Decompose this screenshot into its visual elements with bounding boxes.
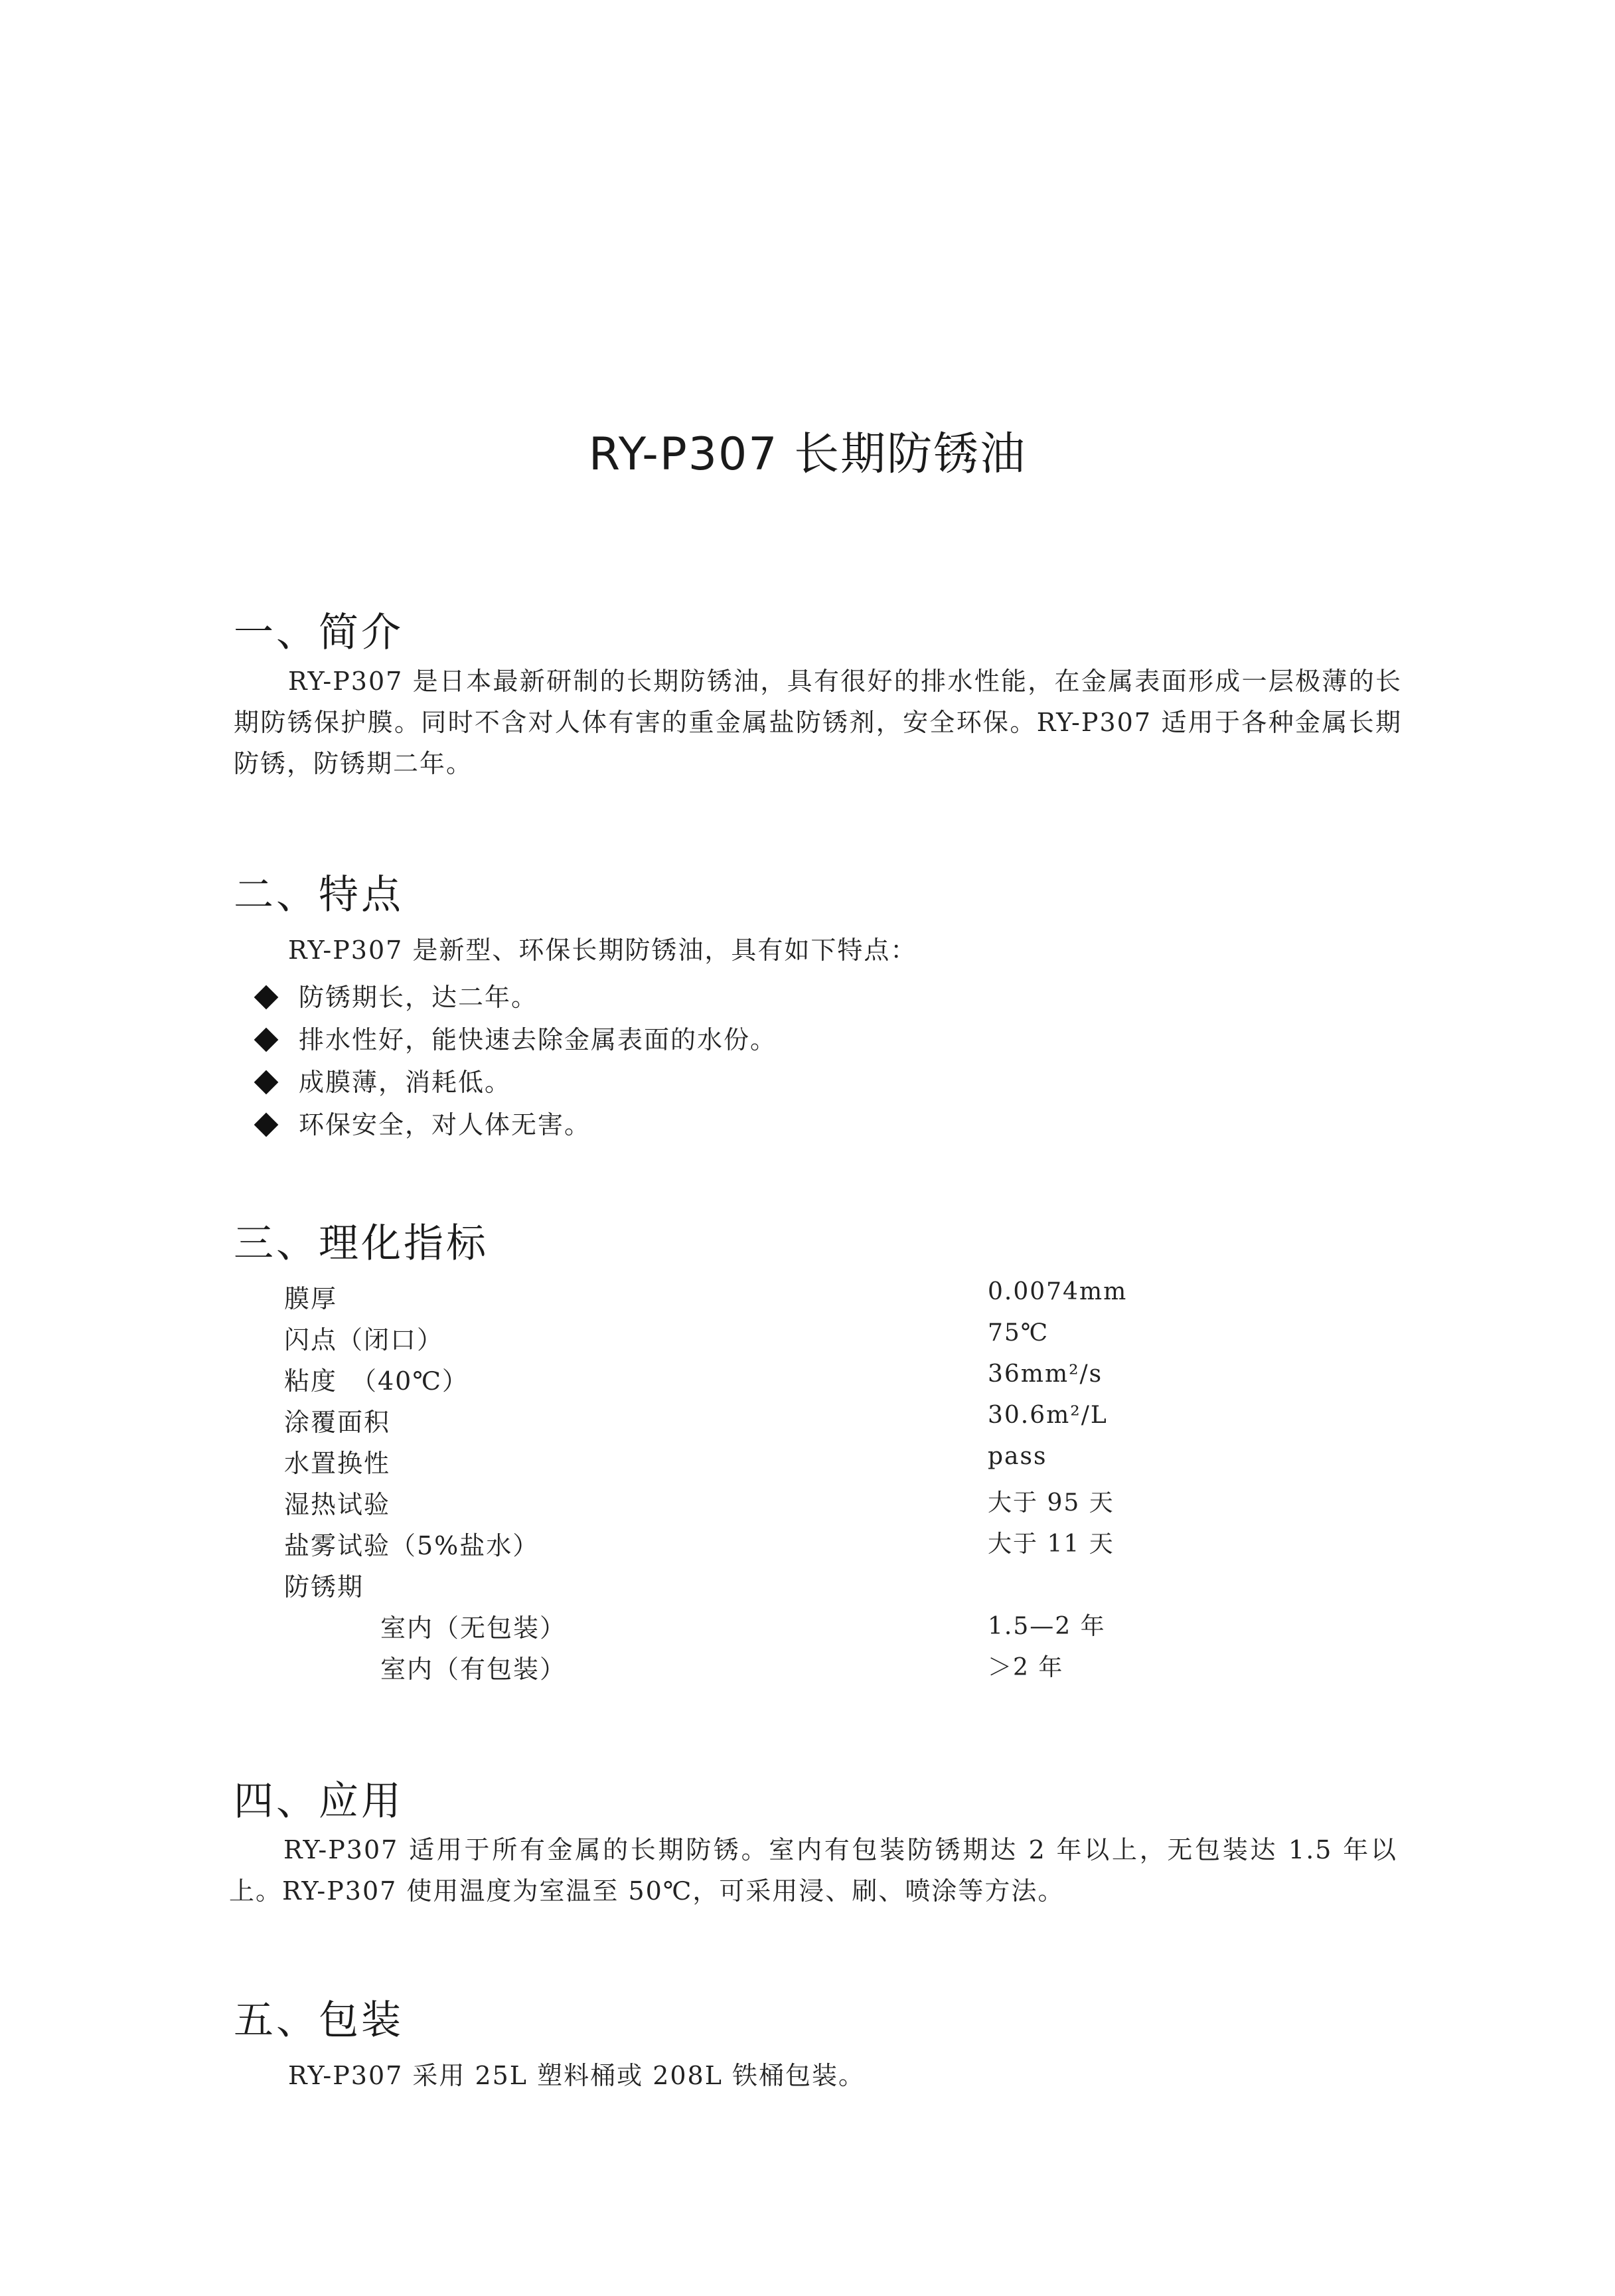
diamond-bullet-icon bbox=[254, 1070, 279, 1095]
diamond-bullet-icon bbox=[254, 985, 279, 1010]
spec-row: 涂覆面积30.6m²/L bbox=[284, 1402, 1213, 1443]
list-item-text: 排水性好，能快速去除金属表面的水份。 bbox=[299, 1019, 777, 1061]
list-item-text: 防锈期长，达二年。 bbox=[299, 976, 538, 1019]
features-lead-text: RY-P307 是新型、环保长期防锈油，具有如下特点： bbox=[288, 936, 917, 965]
application-text: RY-P307 适用于所有金属的长期防锈。室内有包装防锈期达 2 年以上，无包装… bbox=[229, 1835, 1397, 1906]
spec-value: 大于 11 天 bbox=[988, 1525, 1115, 1559]
spec-row: 水置换性pass bbox=[284, 1443, 1213, 1484]
spec-label: 室内（有包装） bbox=[380, 1649, 566, 1685]
diamond-bullet-icon bbox=[254, 1113, 279, 1137]
spec-row: 膜厚0.0074mm bbox=[284, 1278, 1213, 1319]
list-item: 防锈期长，达二年。 bbox=[252, 976, 777, 1019]
spec-value: 大于 95 天 bbox=[988, 1484, 1115, 1518]
features-list: 防锈期长，达二年。 排水性好，能快速去除金属表面的水份。 成膜薄，消耗低。 环保… bbox=[252, 976, 777, 1146]
spec-row: 闪点（闭口）75℃ bbox=[284, 1319, 1213, 1360]
spec-row: 湿热试验大于 95 天 bbox=[284, 1484, 1213, 1525]
spec-row: 盐雾试验（5%盐水）大于 11 天 bbox=[284, 1525, 1213, 1566]
spec-row: 粘度 （40℃）36mm²/s bbox=[284, 1360, 1213, 1402]
section-heading-features: 二、特点 bbox=[234, 863, 404, 920]
packaging-text: RY-P307 采用 25L 塑料桶或 208L 铁桶包装。 bbox=[288, 2061, 865, 2090]
list-item-text: 成膜薄，消耗低。 bbox=[299, 1061, 511, 1104]
document-title: RY-P307 长期防锈油 bbox=[0, 418, 1615, 483]
spec-value: 36mm²/s bbox=[988, 1360, 1103, 1388]
spec-label: 闪点（闭口） bbox=[284, 1319, 443, 1356]
spec-label: 水置换性 bbox=[284, 1443, 390, 1479]
spec-label: 盐雾试验（5%盐水） bbox=[284, 1525, 539, 1562]
spec-label: 防锈期 bbox=[284, 1566, 364, 1603]
list-item: 成膜薄，消耗低。 bbox=[252, 1061, 777, 1104]
diamond-bullet-icon bbox=[254, 1028, 279, 1052]
specs-table: 膜厚0.0074mm 闪点（闭口）75℃ 粘度 （40℃）36mm²/s 涂覆面… bbox=[284, 1278, 1213, 1690]
spec-value: 30.6m²/L bbox=[988, 1402, 1108, 1429]
features-lead: RY-P307 是新型、环保长期防锈油，具有如下特点： bbox=[234, 930, 1402, 971]
list-item-text: 环保安全，对人体无害。 bbox=[299, 1104, 591, 1146]
section-heading-application: 四、应用 bbox=[234, 1769, 404, 1827]
spec-value: 0.0074mm bbox=[988, 1278, 1127, 1305]
spec-label: 膜厚 bbox=[284, 1278, 337, 1315]
spec-value: pass bbox=[988, 1443, 1047, 1470]
spec-value: 75℃ bbox=[988, 1319, 1049, 1347]
spec-value: ＞2 年 bbox=[988, 1649, 1063, 1682]
list-item: 环保安全，对人体无害。 bbox=[252, 1104, 777, 1146]
spec-row: 防锈期 bbox=[284, 1566, 1213, 1607]
packaging-paragraph: RY-P307 采用 25L 塑料桶或 208L 铁桶包装。 bbox=[234, 2055, 1402, 2096]
spec-label: 涂覆面积 bbox=[284, 1402, 390, 1438]
section-heading-specs: 三、理化指标 bbox=[234, 1212, 489, 1269]
spec-row: 室内（有包装）＞2 年 bbox=[284, 1649, 1213, 1690]
section-heading-packaging: 五、包装 bbox=[234, 1989, 404, 2046]
spec-label: 湿热试验 bbox=[284, 1484, 390, 1520]
list-item: 排水性好，能快速去除金属表面的水份。 bbox=[252, 1019, 777, 1061]
intro-paragraph: RY-P307 是日本最新研制的长期防锈油，具有很好的排水性能，在金属表面形成一… bbox=[234, 661, 1402, 784]
spec-row: 室内（无包装）1.5—2 年 bbox=[284, 1607, 1213, 1649]
spec-value: 1.5—2 年 bbox=[988, 1607, 1106, 1641]
intro-text: RY-P307 是日本最新研制的长期防锈油，具有很好的排水性能，在金属表面形成一… bbox=[234, 667, 1402, 778]
spec-label: 室内（无包装） bbox=[380, 1607, 566, 1644]
spec-label: 粘度 （40℃） bbox=[284, 1360, 469, 1397]
section-heading-intro: 一、简介 bbox=[234, 601, 404, 658]
application-paragraph: RY-P307 适用于所有金属的长期防锈。室内有包装防锈期达 2 年以上，无包装… bbox=[229, 1829, 1397, 1912]
